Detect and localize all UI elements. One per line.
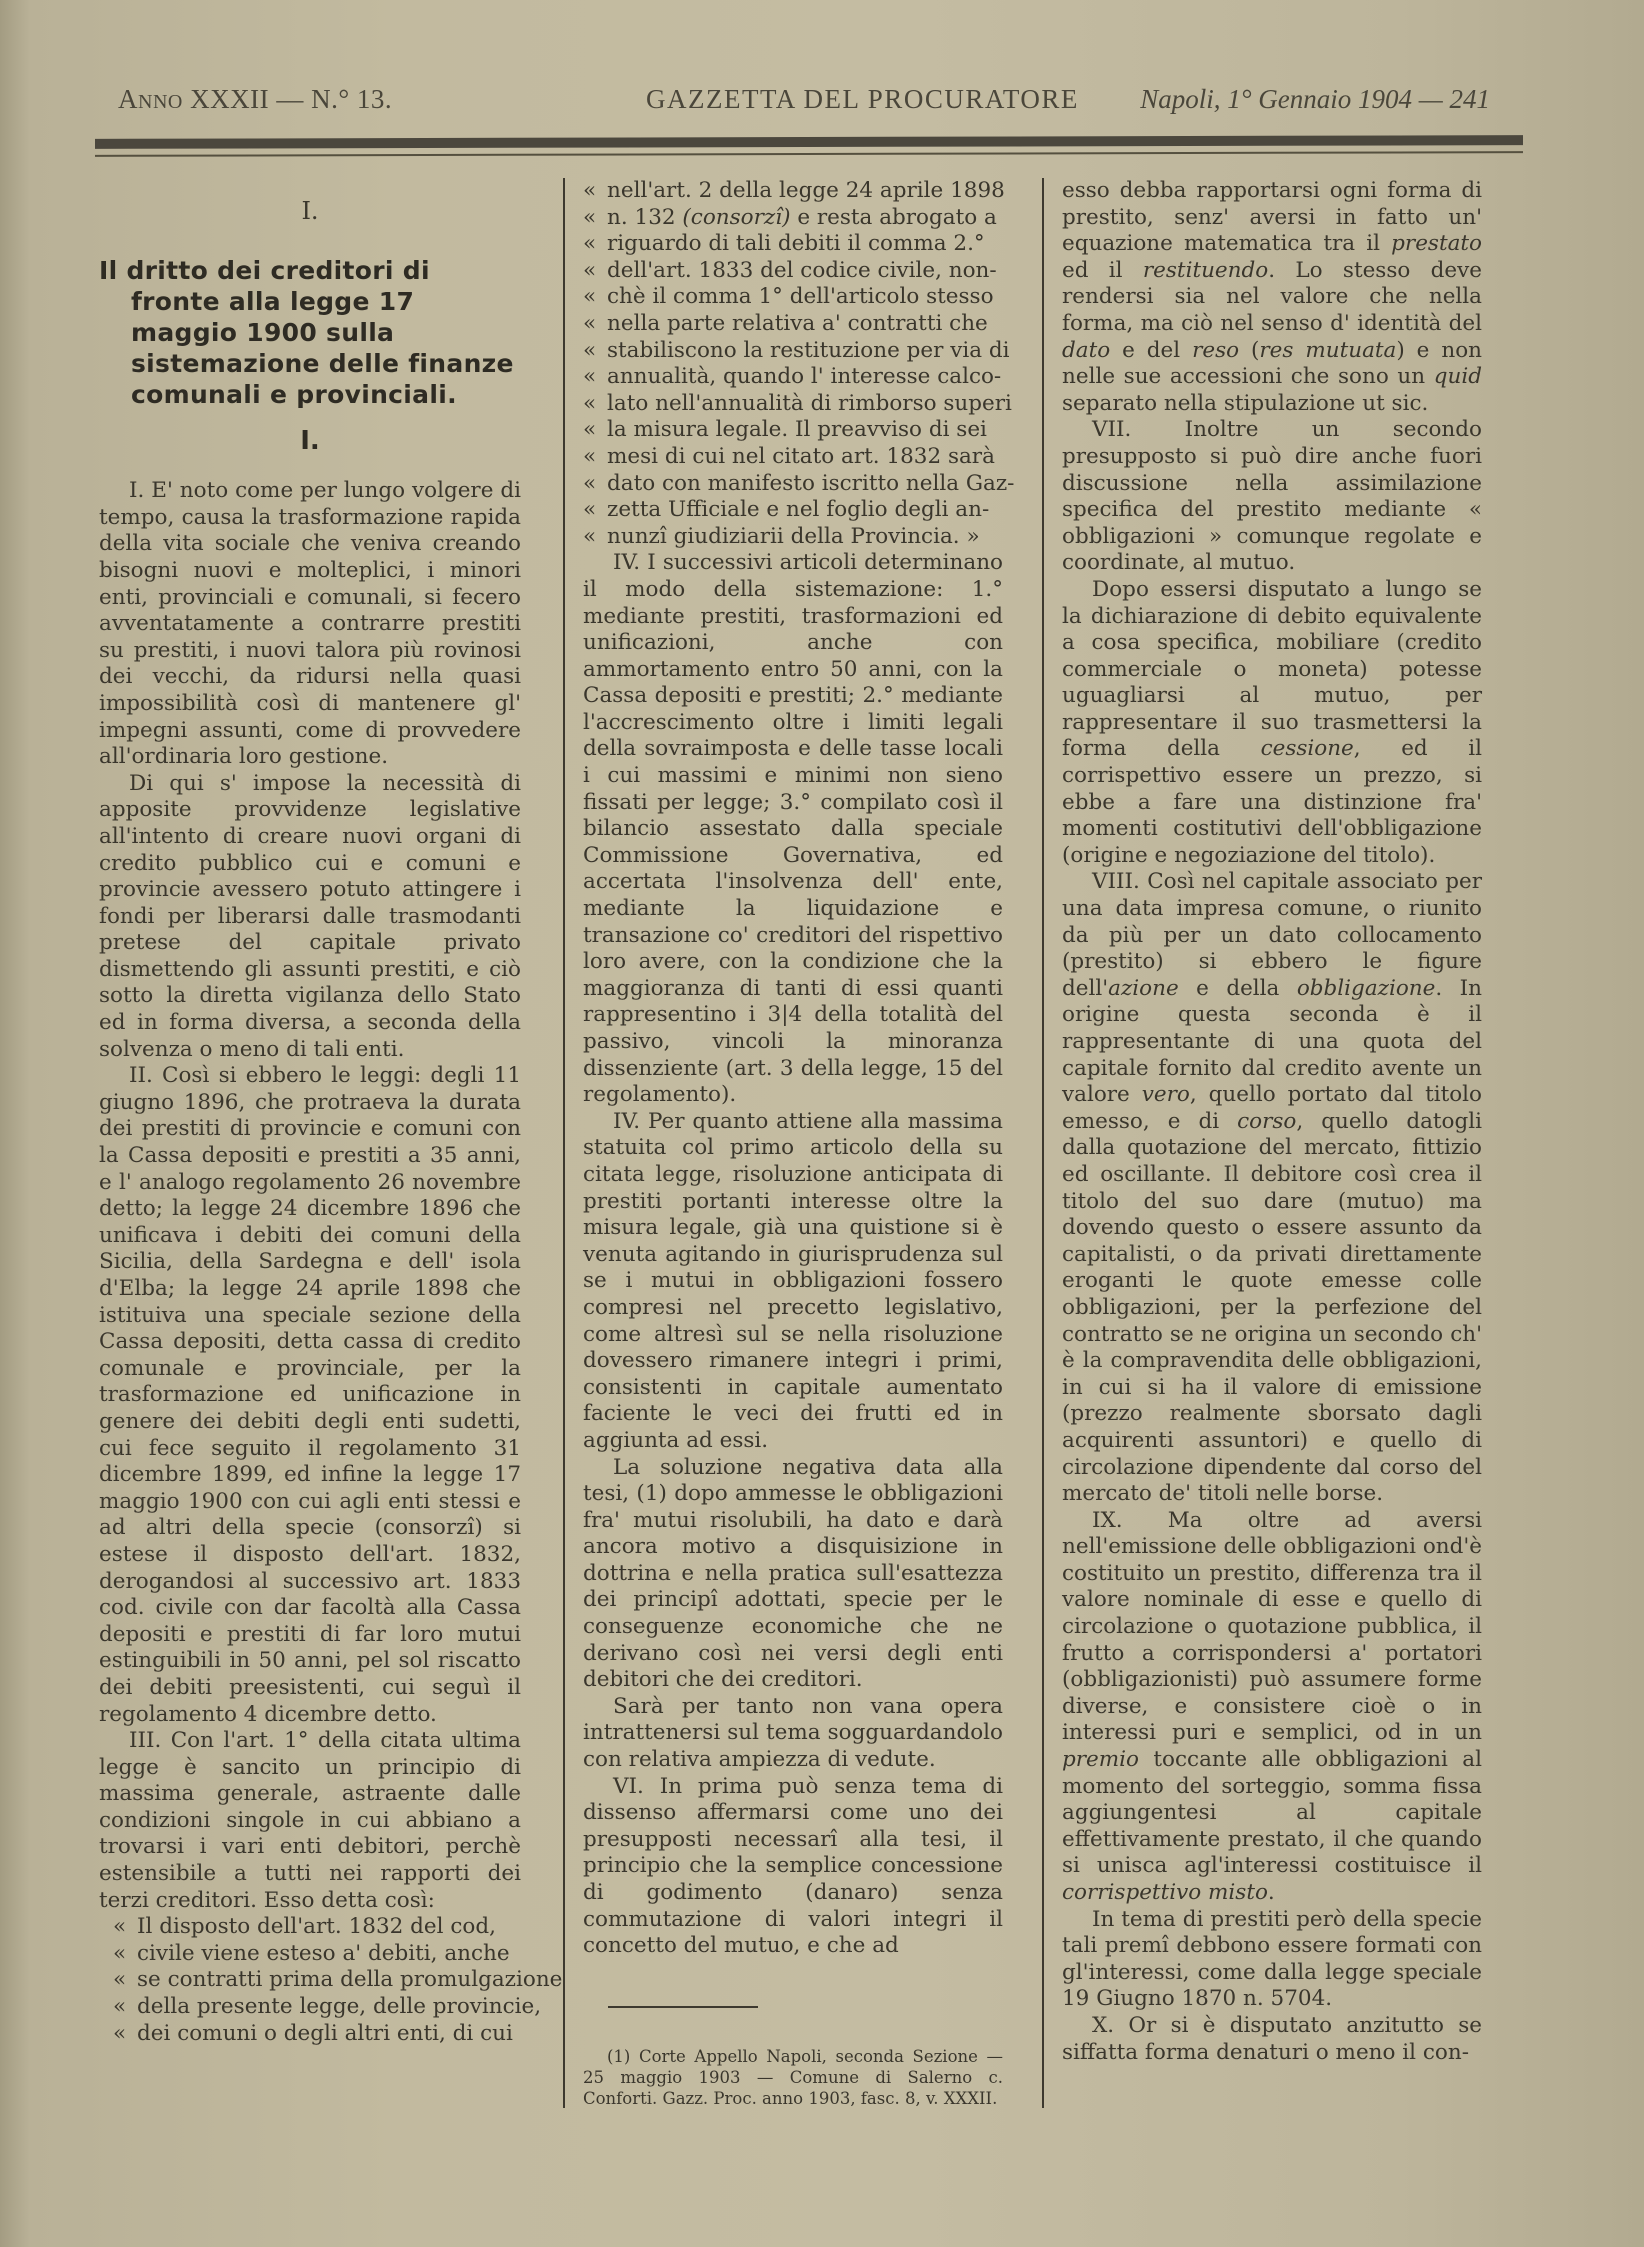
quote-line: «mesi di cui nel citato art. 1832 sarà [583,444,1003,471]
quote-line: «della presente legge, delle provincie, [113,1994,521,2021]
quote-line: «zetta Ufficiale e nel foglio degli an- [583,497,1003,524]
header-rule-thick [95,135,1523,149]
paragraph: IX. Ma oltre ad aversi nell'emissione de… [1062,1508,1482,1907]
paragraph: Sarà per tanto non vana opera intrattene… [583,1694,1003,1774]
quote-line: «la misura legale. Il preavviso di sei [583,417,1003,444]
paragraph: VIII. Così nel capitale associato per un… [1062,869,1482,1507]
paragraph: Dopo essersi disputato a lungo se la dic… [1062,577,1482,870]
quote-line: «nella parte relativa a' contratti che [583,311,1003,338]
quote-line: «nell'art. 2 della legge 24 aprile 1898 [583,178,1003,205]
paragraph: IV. I successivi articoli determinano il… [583,550,1003,1108]
article-title: Il dritto dei creditori di fronte alla l… [99,255,521,410]
law-quotation: «nell'art. 2 della legge 24 aprile 1898 … [583,178,1003,550]
law-quotation: «Il disposto dell'art. 1832 del cod, «ci… [99,1914,521,2047]
issue-info: ANNO XXXII — N.° 13. [118,84,392,115]
column-divider [563,178,565,2108]
date-page-number: Napoli, 1° Gennaio 1904 — 241 [1140,84,1490,115]
section-number: I. [99,198,521,225]
quote-line: «n. 132 (consorzî) e resta abrogato a [583,205,1003,232]
quote-line: «dato con manifesto iscritto nella Gaz- [583,471,1003,498]
paragraph: X. Or si è disputato anzitutto se siffat… [1062,2013,1482,2066]
quote-line: «civile viene esteso a' debiti, anche [113,1941,521,1968]
paragraph: In tema di prestiti però della specie ta… [1062,1907,1482,2013]
paragraph: La soluzione negativa data alla tesi, (1… [583,1455,1003,1694]
column-divider [1042,178,1044,2108]
quote-line: «dell'art. 1833 del codice civile, non- [583,258,1003,285]
header-rule-thin [95,151,1523,157]
quote-line: «se contratti prima della promulgazione [113,1967,521,1994]
quote-line: «lato nell'annualità di rimborso superi [583,391,1003,418]
page-header: ANNO XXXII — N.° 13. GAZZETTA DEL PROCUR… [118,84,1490,124]
column-3: esso debba rapportarsi ogni forma di pre… [1062,178,1482,2066]
quote-line: «dei comuni o degli altri enti, di cui [113,2021,521,2048]
paragraph: I. E' noto come per lungo volgere di tem… [99,478,521,771]
footnote: (1) Corte Appello Napoli, seconda Sezion… [583,2046,1003,2109]
paragraph: VII. Inoltre un secondo presupposto si p… [1062,417,1482,577]
subsection-number: I. [99,428,521,455]
quote-line: «stabiliscono la restituzione per via di [583,338,1003,365]
footnote-separator [608,2006,758,2008]
column-1: I. Il dritto dei creditori di fronte all… [99,190,521,2047]
paragraph: IV. Per quanto attiene alla massima stat… [583,1109,1003,1455]
paragraph: II. Così si ebbero le leggi: degli 11 gi… [99,1063,521,1728]
quote-line: «riguardo di tali debiti il comma 2.° [583,231,1003,258]
quote-line: «chè il comma 1° dell'articolo stesso [583,284,1003,311]
quote-line: «nunzî giudiziarii della Provincia. » [583,524,1003,551]
publication-title: GAZZETTA DEL PROCURATORE [646,84,1079,115]
paragraph: Di qui s' impose la necessità di apposit… [99,771,521,1064]
column-2: «nell'art. 2 della legge 24 aprile 1898 … [583,178,1003,2109]
paragraph: III. Con l'art. 1° della citata ultima l… [99,1728,521,1914]
quote-line: «Il disposto dell'art. 1832 del cod, [113,1914,521,1941]
paragraph: esso debba rapportarsi ogni forma di pre… [1062,178,1482,417]
quote-line: «annualità, quando l' interesse calco- [583,364,1003,391]
paragraph: VI. In prima può senza tema di dissenso … [583,1774,1003,1960]
